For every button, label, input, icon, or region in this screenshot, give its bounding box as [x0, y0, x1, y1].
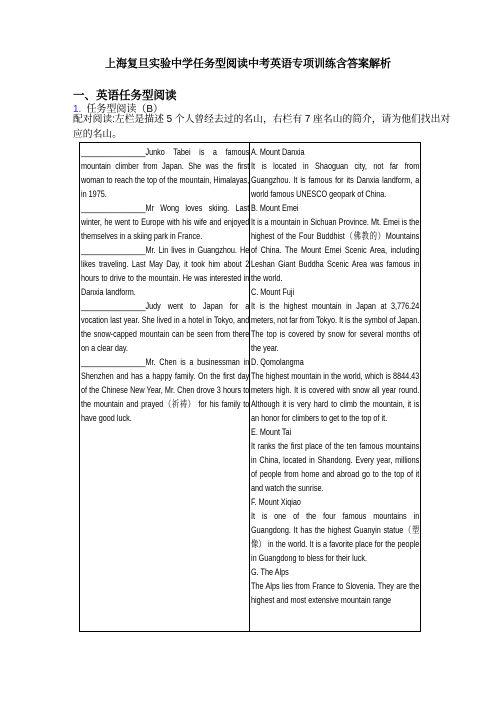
mountain-description: It ranks the first place of the ten famo…: [251, 439, 419, 495]
mountain-label: E. Mount Tai: [251, 425, 419, 439]
answer-blank: ________________: [81, 301, 145, 311]
matching-table: ________________Junko Tabei is a famous …: [79, 142, 421, 632]
mountain-label: A. Mount Danxia: [251, 145, 419, 159]
mountain-label: F. Mount Xiqiao: [251, 495, 419, 509]
answer-blank: ________________: [81, 357, 145, 367]
left-item: ________________Mr. Chen is a businessma…: [81, 355, 249, 425]
right-column-cell: A. Mount Danxia It is located in Shaogua…: [250, 143, 420, 631]
document-page: 上海复旦实验中学任务型阅读中考英语专项训练含答案解析 一、英语任务型阅读 1.任…: [0, 0, 496, 702]
left-item: ________________Mr. Lin lives in Guangzh…: [81, 243, 249, 299]
left-column-cell: ________________Junko Tabei is a famous …: [80, 143, 250, 631]
mountain-description: It is a mountain in Sichuan Province. Mt…: [251, 215, 419, 285]
mountain-description: It is one of the four famous mountains i…: [251, 509, 419, 565]
mountain-description: It is the highest mountain in Japan at 3…: [251, 299, 419, 355]
instructions-text: 配对阅读:左栏是描述 5 个人曾经去过的名山，右栏有 7 座名山的简介，请为他们…: [73, 112, 451, 142]
mountain-label: B. Mount Emei: [251, 201, 419, 215]
left-column-content: ________________Junko Tabei is a famous …: [81, 145, 249, 425]
left-item: ________________Mr Wong loves skiing. La…: [81, 201, 249, 243]
mountain-description: The Alps lies from France to Slovenia. T…: [251, 579, 419, 607]
mountain-label: C. Mount Fuji: [251, 285, 419, 299]
mountain-description: It is located in Shaoguan city, not far …: [251, 159, 419, 201]
answer-blank: ________________: [81, 203, 145, 213]
answer-blank: ________________: [81, 245, 145, 255]
mountain-label: G. The Alps: [251, 565, 419, 579]
mountain-label: D. Qomolangma: [251, 355, 419, 369]
mountain-description: The highest mountain in the world, which…: [251, 369, 419, 425]
right-column-content: A. Mount Danxia It is located in Shaogua…: [251, 145, 419, 607]
page-title: 上海复旦实验中学任务型阅读中考英语专项训练含答案解析: [0, 55, 496, 71]
left-item: ________________Junko Tabei is a famous …: [81, 145, 249, 201]
answer-blank: ________________: [81, 147, 145, 157]
left-item: ________________Judy went to Japan for a…: [81, 299, 249, 355]
